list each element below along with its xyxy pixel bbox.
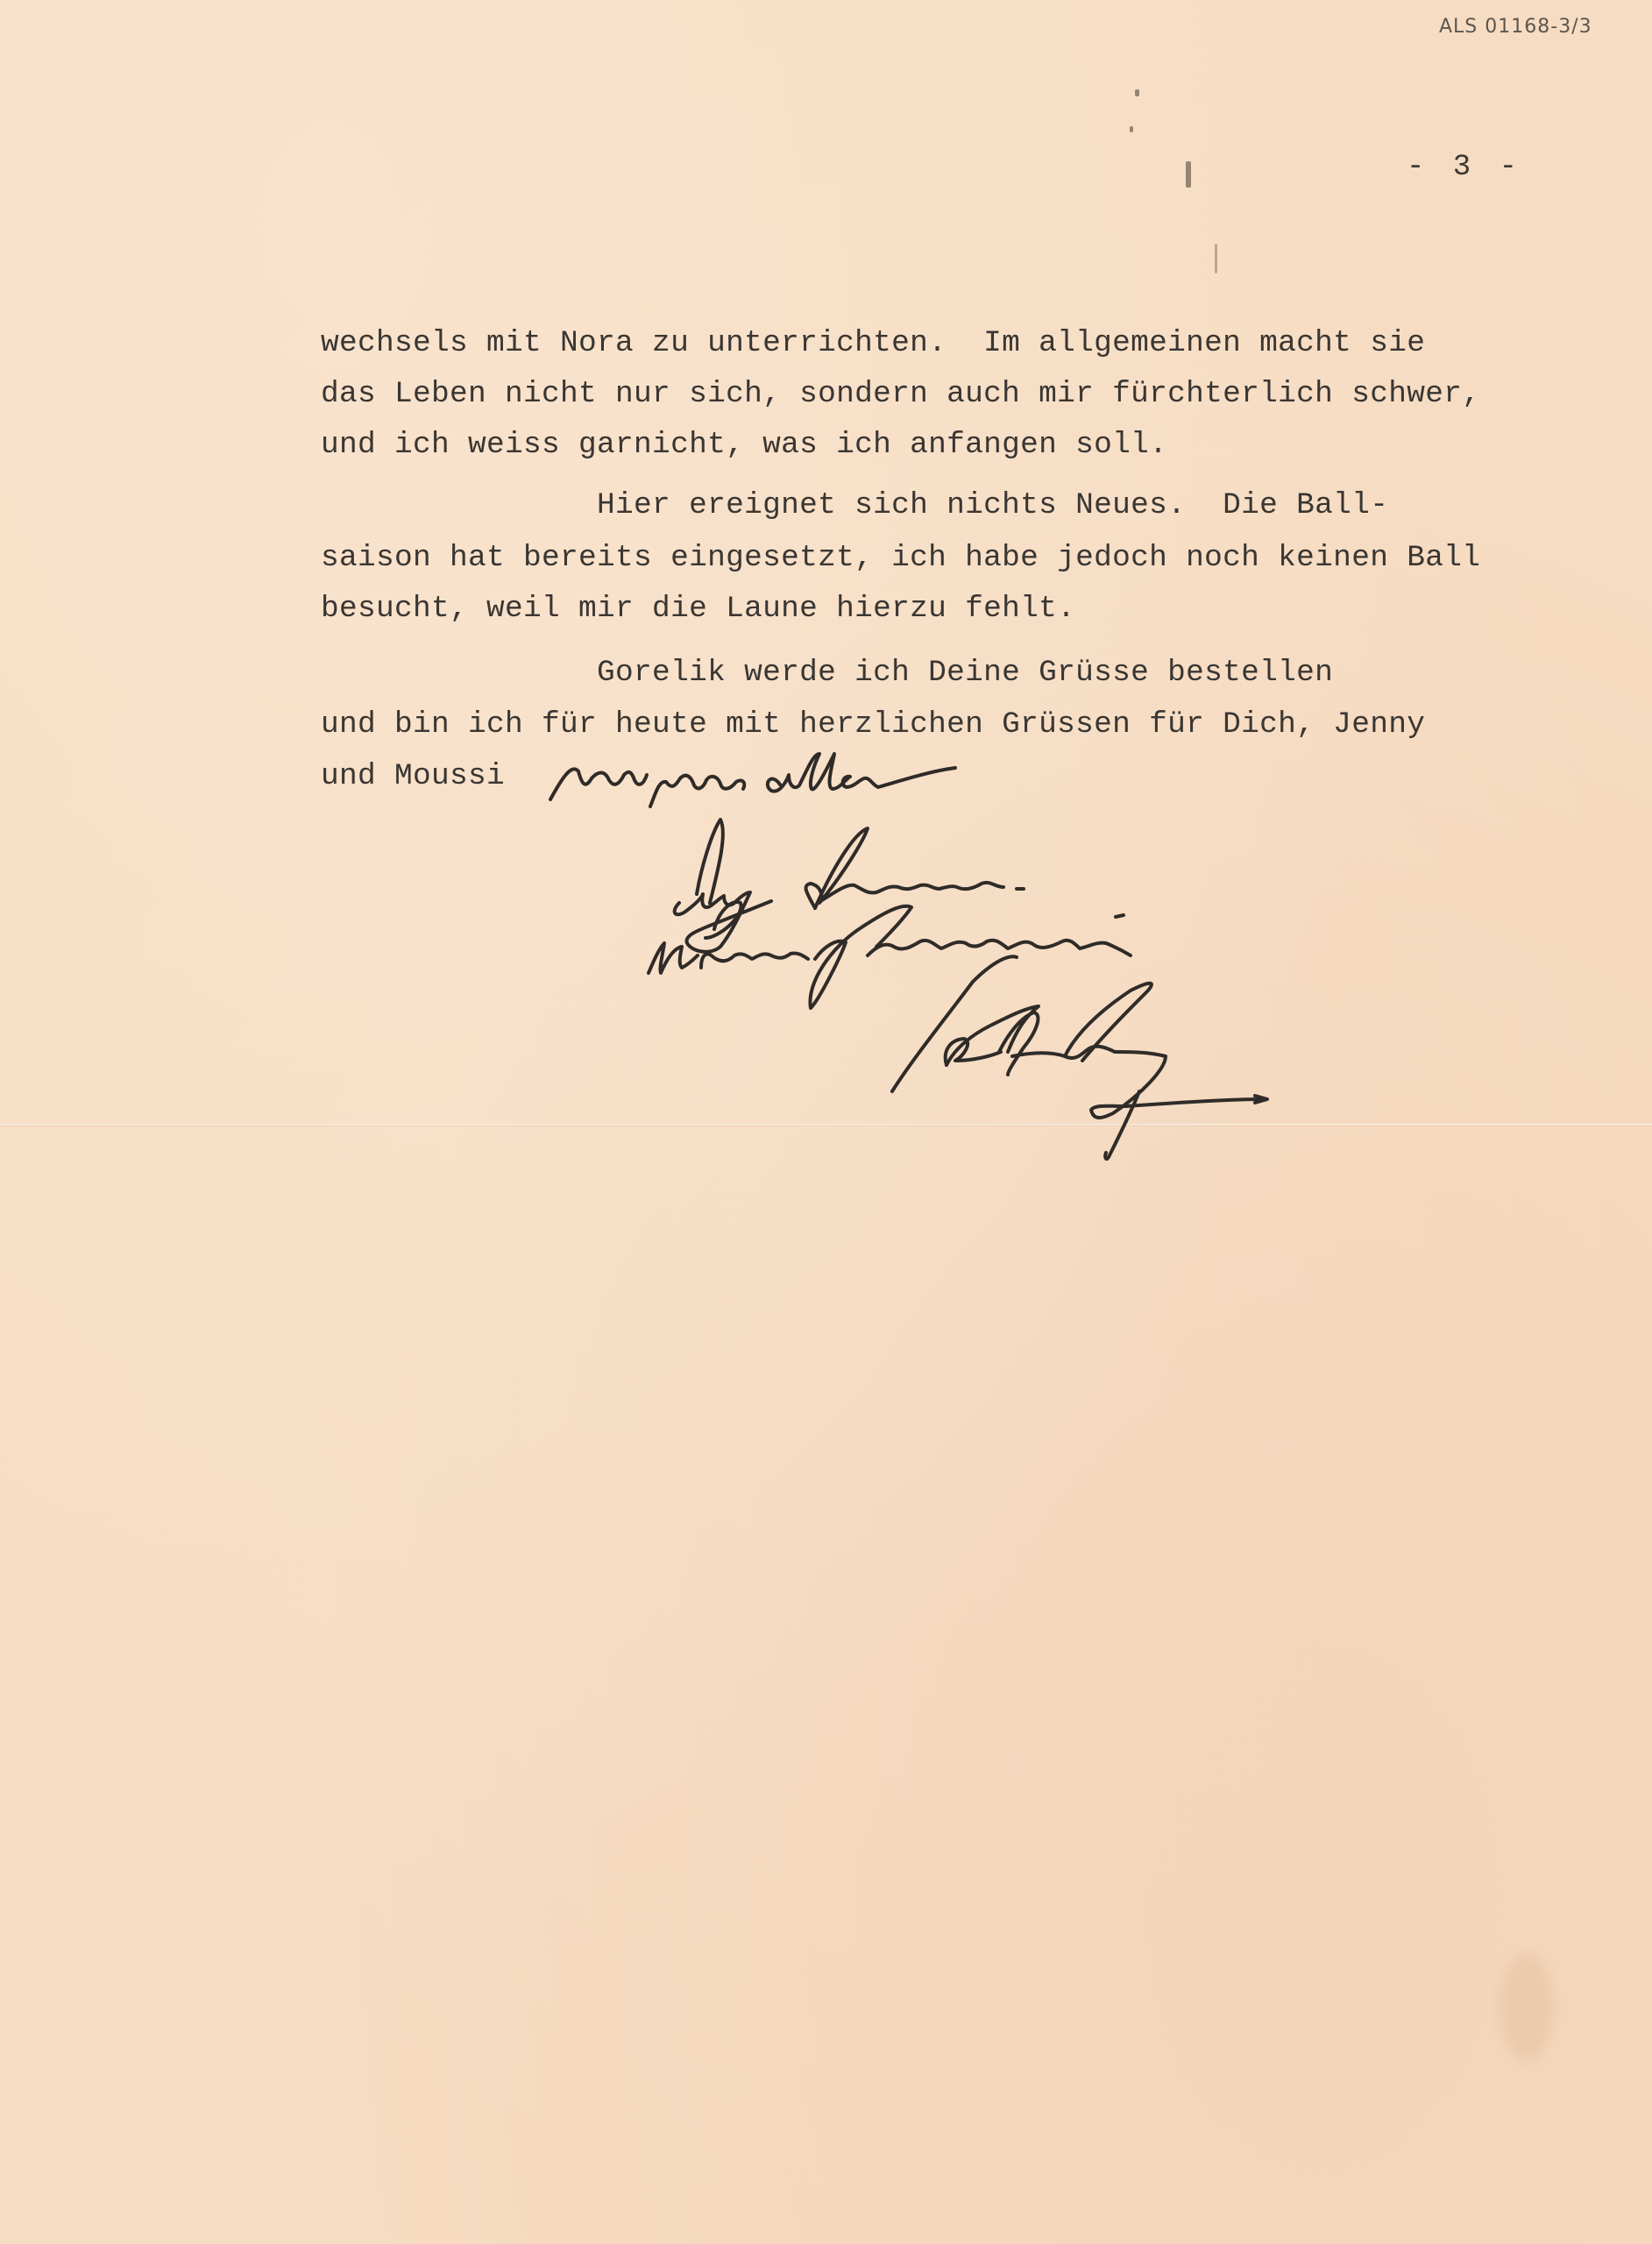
typed-line: besucht, weil mir die Laune hierzu fehlt…: [321, 592, 1075, 627]
ink-speck: [1215, 244, 1217, 273]
typed-line: und ich weiss garnicht, was ich anfangen…: [321, 428, 1167, 463]
handwritten-line: ganz besonders: [675, 859, 689, 861]
ink-speck: [1130, 126, 1133, 132]
typed-line: wechsels mit Nora zu unterrichten. Im al…: [321, 326, 1425, 361]
typed-line: das Leben nicht nur sich, sondern auch m…: [321, 377, 1480, 412]
typed-line: Gorelik werde ich Deine Grüsse bestellen: [321, 656, 1333, 691]
typed-line: Hier ereignet sich nichts Neues. Die Bal…: [321, 488, 1388, 523]
paper-stain: [1500, 1955, 1553, 2060]
page-number: - 3 -: [1407, 151, 1522, 184]
typed-line: saison hat bereits eingesetzt, ich habe …: [321, 541, 1480, 576]
signature-text: Kiton: [929, 1034, 933, 1036]
paper-fold-line: [0, 1124, 1652, 1126]
handwritten-line: von uns allen: [561, 771, 572, 773]
typed-line: und Moussi: [321, 759, 505, 794]
ink-speck: [1186, 161, 1191, 188]
archive-id-label: ALS 01168-3/3: [1439, 16, 1592, 38]
ink-speck: [1135, 89, 1139, 96]
typed-line: und bin ich für heute mit herzlichen Grü…: [321, 707, 1425, 742]
handwritten-line: von Deinem getreuen: [649, 929, 668, 931]
